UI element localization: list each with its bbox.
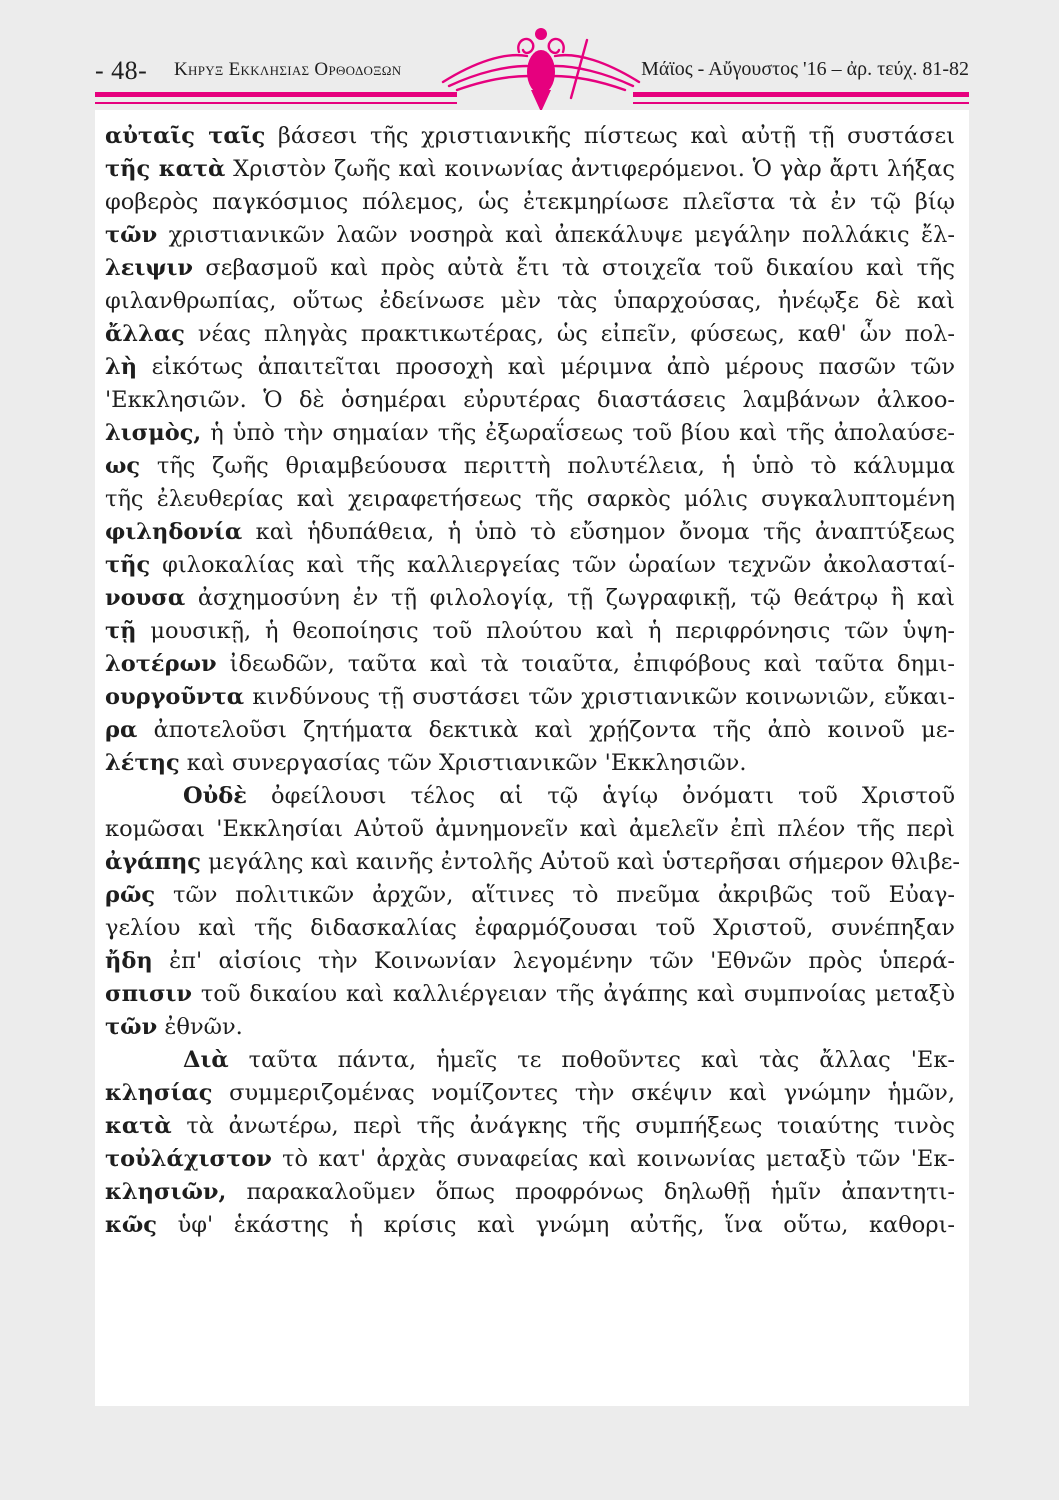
regular-text: ἀσχημοσύνη ἐν τῇ φιλολογίᾳ, τῇ ζωγραφικῇ… (185, 585, 955, 611)
text-line: Οὐδὲ ὀφείλουσι τέλος αἱ τῷ ἁγίῳ ὀνόματι … (105, 780, 955, 813)
text-line: νουσα ἀσχημοσύνη ἐν τῇ φιλολογίᾳ, τῇ ζωγ… (105, 582, 955, 615)
bold-text: λισμὸς, (105, 420, 201, 446)
bold-text: ουργοῦντα (105, 684, 244, 710)
issue-info: Μάϊος - Αὔγουστος '16 – ἀρ. τεύχ. 81-82 (641, 58, 969, 81)
text-line: φοβερὸς παγκόσμιος πόλεμος, ὡς ἐτεκμηρίω… (105, 186, 955, 219)
text-line: φιλανθρωπίας, οὕτως ἐδείνωσε μὲν τὰς ὑπα… (105, 285, 955, 318)
regular-text: τὰ ἀνωτέρω, περὶ τῆς ἀνάγκης τῆς συμπήξε… (172, 1113, 955, 1139)
regular-text: συμμεριζομένας νομίζοντες τὴν σκέψιν καὶ… (213, 1080, 956, 1106)
regular-text: φιλανθρωπίας, οὕτως ἐδείνωσε μὲν τὰς ὑπα… (105, 288, 955, 314)
text-line: τῇ μουσικῇ, ἡ θεοποίησις τοῦ πλούτου καὶ… (105, 615, 955, 648)
regular-text: κινδύνους τῇ συστάσει τῶν χριστιανικῶν κ… (244, 684, 955, 710)
text-line: ως τῆς ζωῆς θριαμβεύουσα περιττὴ πολυτέλ… (105, 450, 955, 483)
page-header: - 48- Κηρυξ Εκκλησιας Ορθοδοξων Μάϊος - … (95, 50, 969, 110)
bold-text: σπισιν (105, 981, 192, 1007)
regular-text: χριστιανικῶν λαῶν νοσηρὰ καὶ ἀπεκάλυψε μ… (157, 222, 955, 248)
text-line: ρῶς τῶν πολιτικῶν ἀρχῶν, αἵτινες τὸ πνεῦ… (105, 879, 955, 912)
text-line: ἀγάπης μεγάλης καὶ καινῆς ἐντολῆς Αὐτοῦ … (105, 846, 955, 879)
text-line: κλησιῶν, παρακαλοῦμεν ὅπως προφρόνως δηλ… (105, 1176, 955, 1209)
bold-text: Οὐδὲ (183, 783, 247, 809)
regular-text: τῆς ζωῆς θριαμβεύουσα περιττὴ πολυτέλεια… (140, 453, 955, 479)
regular-text: φοβερὸς παγκόσμιος πόλεμος, ὡς ἐτεκμηρίω… (105, 189, 955, 215)
page-number: - 48- (95, 56, 147, 86)
regular-text: Χριστὸν ζωῆς καὶ κοινωνίας ἀντιφερόμενοι… (225, 156, 955, 182)
bold-text: κλησιῶν, (105, 1179, 226, 1205)
text-line: λέτης καὶ συνεργασίας τῶν Χριστιανικῶν '… (105, 747, 955, 780)
text-line: ἤδη ἐπ' αἰσίοις τὴν Κοινωνίαν λεγομένην … (105, 945, 955, 978)
text-line: τῆς κατὰ Χριστὸν ζωῆς καὶ κοινωνίας ἀντι… (105, 153, 955, 186)
text-line: 'Εκκλησιῶν. Ὁ δὲ ὁσημέραι εὐρυτέρας διασ… (105, 384, 955, 417)
bold-text: τοὐλάχιστον (105, 1146, 272, 1172)
bold-text: λοτέρων (105, 651, 217, 677)
regular-text: νέας πληγὰς πρακτικωτέρας, ὡς εἰπεῖν, φύ… (185, 321, 955, 347)
bold-text: τῆς (105, 552, 150, 578)
bold-text: Διὰ (183, 1047, 229, 1073)
bold-text: τῶν (105, 222, 157, 248)
regular-text: τῆς ἐλευθερίας καὶ χειραφετήσεως τῆς σαρ… (105, 486, 955, 512)
text-line: τῶν ἐθνῶν. (105, 1011, 955, 1044)
bold-text: λὴ (105, 354, 137, 380)
bold-text: φιληδονία (105, 519, 242, 545)
regular-text: γελίου καὶ τῆς διδασκαλίας ἐφαρμόζουσαι … (105, 915, 955, 941)
text-line: λὴ εἰκότως ἀπαιτεῖται προσοχὴ καὶ μέριμν… (105, 351, 955, 384)
text-line: γελίου καὶ τῆς διδασκαλίας ἐφαρμόζουσαι … (105, 912, 955, 945)
regular-text: φιλοκαλίας καὶ τῆς καλλιεργείας τῶν ὡραί… (150, 552, 955, 578)
bold-text: κατὰ (105, 1113, 172, 1139)
header-rule-thin-right (633, 102, 969, 104)
regular-text: καὶ ἡδυπάθεια, ἡ ὑπὸ τὸ εὔσημον ὄνομα τῆ… (242, 519, 955, 545)
bold-text: τῆς κατὰ (105, 156, 225, 182)
text-line: ρα ἀποτελοῦσι ζητήματα δεκτικὰ καὶ χρῄζο… (105, 714, 955, 747)
regular-text: ὀφείλουσι τέλος αἱ τῷ ἁγίῳ ὀνόματι τοῦ Χ… (247, 783, 955, 809)
bold-text: λέτης (105, 750, 180, 776)
bold-text: ἀγάπης (105, 849, 201, 875)
text-line: λειψιν σεβασμοῦ καὶ πρὸς αὐτὰ ἔτι τὰ στο… (105, 252, 955, 285)
regular-text: 'Εκκλησιῶν. Ὁ δὲ ὁσημέραι εὐρυτέρας διασ… (105, 387, 955, 413)
regular-text: ὑφ' ἑκάστης ἡ κρίσις καὶ γνώμη αὐτῆς, ἵν… (157, 1212, 955, 1238)
regular-text: ἀποτελοῦσι ζητήματα δεκτικὰ καὶ χρῄζοντα… (137, 717, 955, 743)
text-line: ουργοῦντα κινδύνους τῇ συστάσει τῶν χρισ… (105, 681, 955, 714)
text-line: κλησίας συμμεριζομένας νομίζοντες τὴν σκ… (105, 1077, 955, 1110)
header-rule-thin-left (95, 102, 457, 104)
text-line: τοὐλάχιστον τὸ κατ' ἀρχὰς συναφείας καὶ … (105, 1143, 955, 1176)
bold-text: αὐταῖς ταῖς (105, 123, 265, 149)
text-line: κατὰ τὰ ἀνωτέρω, περὶ τῆς ἀνάγκης τῆς συ… (105, 1110, 955, 1143)
text-line: κῶς ὑφ' ἑκάστης ἡ κρίσις καὶ γνώμη αὐτῆς… (105, 1209, 955, 1242)
bold-text: κῶς (105, 1212, 157, 1238)
regular-text: ἐπ' αἰσίοις τὴν Κοινωνίαν λεγομένην τῶν … (153, 948, 955, 974)
bold-text: τῶν (105, 1014, 157, 1040)
bold-text: νουσα (105, 585, 185, 611)
bold-text: κλησίας (105, 1080, 213, 1106)
text-line: λισμὸς, ἡ ὑπὸ τὴν σημαίαν τῆς ἐξωραΐσεως… (105, 417, 955, 450)
regular-text: τὸ κατ' ἀρχὰς συναφείας καὶ κοινωνίας με… (272, 1146, 955, 1172)
header-rule-thick-right (633, 92, 969, 97)
double-headed-eagle-icon (435, 22, 647, 112)
regular-text: ταῦτα πάντα, ἡμεῖς τε ποθοῦντες καὶ τὰς … (229, 1047, 955, 1073)
text-line: τῆς ἐλευθερίας καὶ χειραφετήσεως τῆς σαρ… (105, 483, 955, 516)
header-rule-thick-left (95, 92, 457, 97)
bold-text: ρα (105, 717, 137, 743)
regular-text: σεβασμοῦ καὶ πρὸς αὐτὰ ἔτι τὰ στοιχεῖα τ… (193, 255, 955, 281)
article-text: αὐταῖς ταῖς βάσεσι τῆς χριστιανικῆς πίστ… (105, 120, 955, 1242)
regular-text: μεγάλης καὶ καινῆς ἐντολῆς Αὐτοῦ καὶ ὑστ… (201, 849, 960, 875)
bold-text: ἄλλας (105, 321, 185, 347)
text-line: Διὰ ταῦτα πάντα, ἡμεῖς τε ποθοῦντες καὶ … (105, 1044, 955, 1077)
bold-text: λειψιν (105, 255, 193, 281)
regular-text: ἡ ὑπὸ τὴν σημαίαν τῆς ἐξωραΐσεως τοῦ βίο… (201, 420, 955, 446)
journal-title: Κηρυξ Εκκλησιας Ορθοδοξων (174, 59, 401, 81)
text-line: αὐταῖς ταῖς βάσεσι τῆς χριστιανικῆς πίστ… (105, 120, 955, 153)
regular-text: παρακαλοῦμεν ὅπως προφρόνως δηλωθῇ ἡμῖν … (226, 1179, 955, 1205)
regular-text: καὶ συνεργασίας τῶν Χριστιανικῶν 'Εκκλησ… (180, 750, 747, 776)
text-line: τῶν χριστιανικῶν λαῶν νοσηρὰ καὶ ἀπεκάλυ… (105, 219, 955, 252)
regular-text: εἰκότως ἀπαιτεῖται προσοχὴ καὶ μέριμνα ἀ… (137, 354, 955, 380)
bold-text: τῇ (105, 618, 137, 644)
text-line: λοτέρων ἰδεωδῶν, ταῦτα καὶ τὰ τοιαῦτα, ἐ… (105, 648, 955, 681)
text-line: ἄλλας νέας πληγὰς πρακτικωτέρας, ὡς εἰπε… (105, 318, 955, 351)
regular-text: βάσεσι τῆς χριστιανικῆς πίστεως καὶ αὐτῇ… (265, 123, 955, 149)
regular-text: μουσικῇ, ἡ θεοποίησις τοῦ πλούτου καὶ ἡ … (137, 618, 956, 644)
regular-text: τοῦ δικαίου καὶ καλλιέργειαν τῆς ἀγάπης … (192, 981, 955, 1007)
regular-text: τῶν πολιτικῶν ἀρχῶν, αἵτινες τὸ πνεῦμα ἀ… (155, 882, 955, 908)
text-line: τῆς φιλοκαλίας καὶ τῆς καλλιεργείας τῶν … (105, 549, 955, 582)
text-line: φιληδονία καὶ ἡδυπάθεια, ἡ ὑπὸ τὸ εὔσημο… (105, 516, 955, 549)
bold-text: ἤδη (105, 948, 153, 974)
bold-text: ως (105, 453, 140, 479)
text-line: σπισιν τοῦ δικαίου καὶ καλλιέργειαν τῆς … (105, 978, 955, 1011)
article-body: αὐταῖς ταῖς βάσεσι τῆς χριστιανικῆς πίστ… (95, 110, 969, 1406)
regular-text: ἐθνῶν. (157, 1014, 243, 1040)
regular-text: κομῶσαι 'Εκκλησίαι Αὐτοῦ ἀμνημονεῖν καὶ … (105, 816, 955, 842)
text-line: κομῶσαι 'Εκκλησίαι Αὐτοῦ ἀμνημονεῖν καὶ … (105, 813, 955, 846)
bold-text: ρῶς (105, 882, 155, 908)
regular-text: ἰδεωδῶν, ταῦτα καὶ τὰ τοιαῦτα, ἐπιφόβους… (217, 651, 955, 677)
